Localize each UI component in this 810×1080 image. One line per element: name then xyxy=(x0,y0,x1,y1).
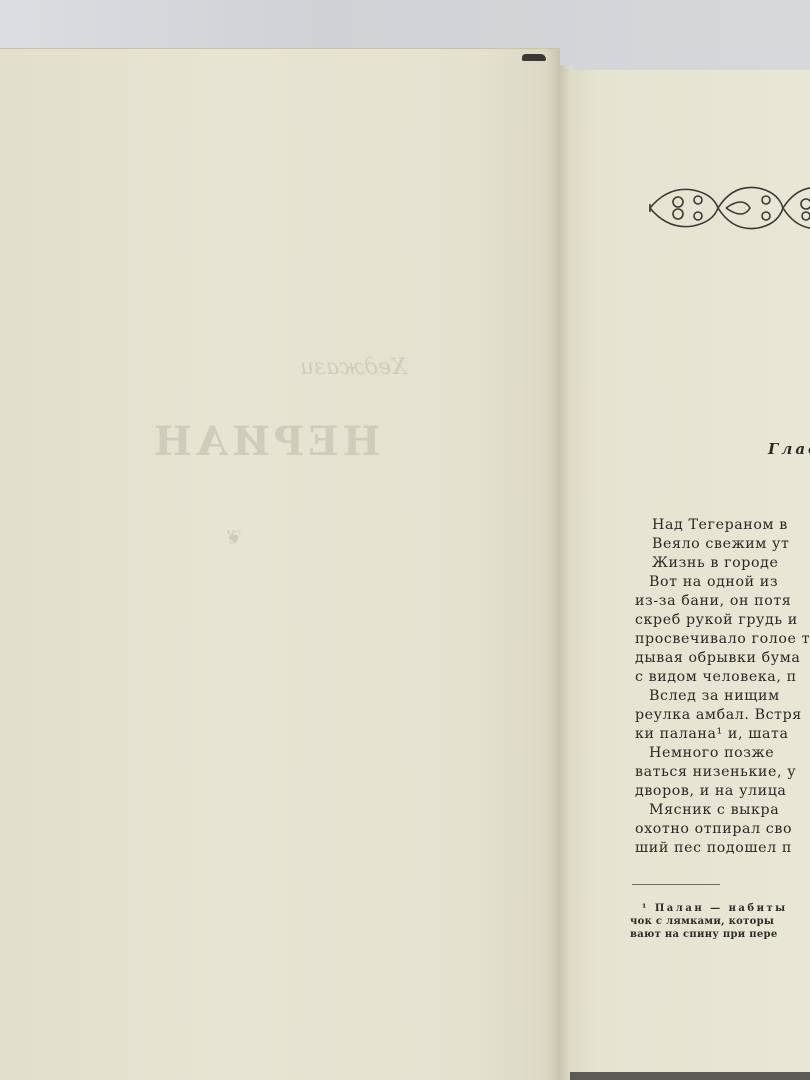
footnote-line: вают на спину при пере xyxy=(630,928,788,941)
text-line: ший пес подошел п xyxy=(597,839,810,858)
text-line: скреб рукой грудь и xyxy=(597,611,810,630)
text-line: Веяло свежим ут xyxy=(597,535,810,554)
showthrough-author: Хеджази xyxy=(300,355,407,380)
text-line: охотно отпирал сво xyxy=(597,820,810,839)
left-page-edge-shadow xyxy=(546,49,560,1080)
text-line: просвечивало голое т xyxy=(597,630,810,649)
text-line: ки палана¹ и, шата xyxy=(597,725,810,744)
arabesque-ornament-icon xyxy=(648,178,810,238)
footnote-line: чок с лямками, которы xyxy=(630,915,788,928)
text-line: Жизнь в городе xyxy=(597,554,810,573)
text-line: дывая обрывки бума xyxy=(597,649,810,668)
text-line: реулка амбал. Встря xyxy=(597,706,810,725)
spine-tear-mark xyxy=(522,54,546,61)
text-line: Немного позже xyxy=(597,744,810,763)
showthrough-ornament-icon: ❦ xyxy=(225,525,242,549)
text-line: из-за бани, он потя xyxy=(597,592,810,611)
footnote-rule xyxy=(632,884,720,885)
text-line: дворов, и на улица xyxy=(597,782,810,801)
showthrough-title: НЕРИАН xyxy=(150,418,381,465)
text-line: ваться низенькие, у xyxy=(597,763,810,782)
footnote-line: ¹ Палан — набиты xyxy=(630,902,788,915)
body-text: Над Тегераном в Веяло свежим ут Жизнь в … xyxy=(597,516,810,858)
footnote: ¹ Палан — набиты чок с лямками, которы в… xyxy=(630,902,788,941)
text-line: с видом человека, п xyxy=(597,668,810,687)
text-line: Вот на одной из xyxy=(597,573,810,592)
text-line: Мясник с выкра xyxy=(597,801,810,820)
left-page xyxy=(0,48,560,1080)
text-line: Над Тегераном в xyxy=(597,516,810,535)
text-line: Вслед за нищим xyxy=(597,687,810,706)
surface-edge xyxy=(570,1072,810,1080)
chapter-heading: Глав xyxy=(768,440,810,458)
